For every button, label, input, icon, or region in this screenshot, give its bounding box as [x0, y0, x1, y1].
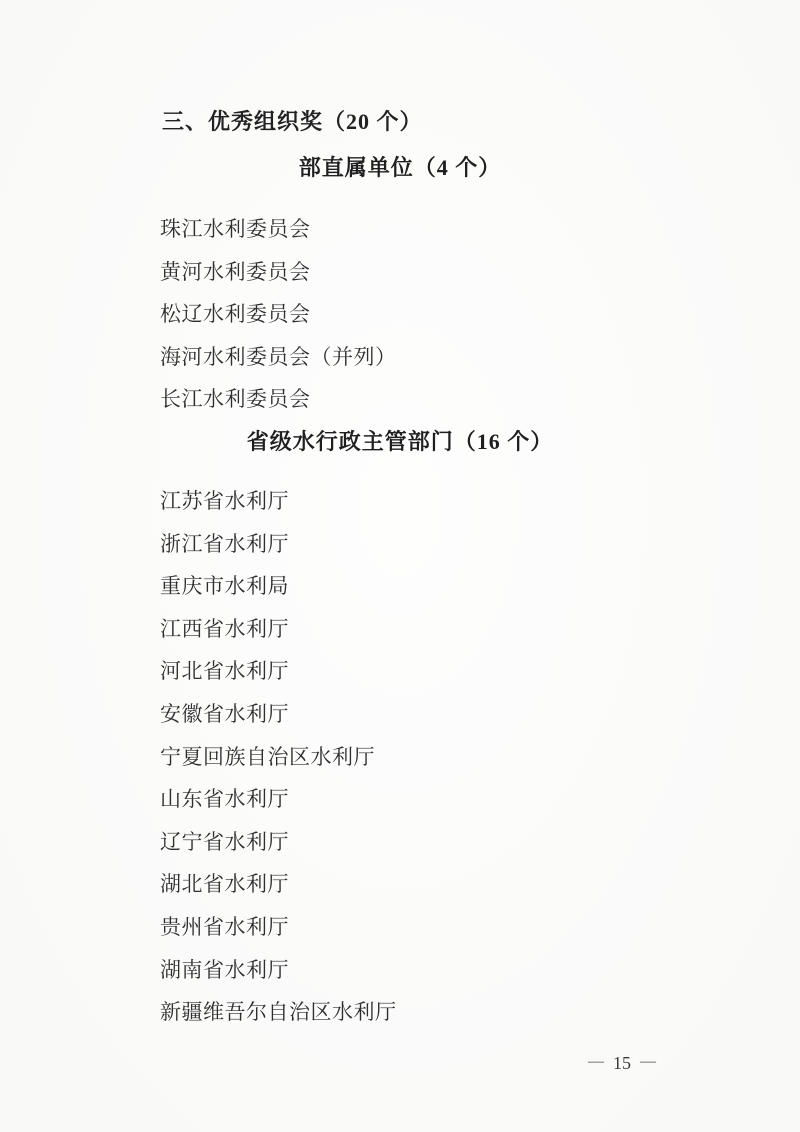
- list-item: 辽宁省水利厅: [160, 830, 397, 873]
- list-item: 新疆维吾尔自治区水利厅: [160, 1000, 397, 1043]
- list-item: 松辽水利委员会: [160, 302, 397, 345]
- list-item: 湖南省水利厅: [160, 958, 397, 1001]
- list-item: 安徽省水利厅: [160, 702, 397, 745]
- list-item: 珠江水利委员会: [160, 217, 397, 260]
- list-item: 浙江省水利厅: [160, 532, 397, 575]
- page-number: — 15 —: [588, 1052, 656, 1074]
- page-number-value: 15: [613, 1052, 631, 1074]
- section-title-provincial-departments: 省级水行政主管部门（16 个）: [0, 429, 800, 455]
- list-item: 江西省水利厅: [160, 617, 397, 660]
- section-title-ministry-units: 部直属单位（4 个）: [0, 155, 800, 181]
- page-title: 三、优秀组织奖（20 个）: [162, 109, 423, 135]
- list-item: 湖北省水利厅: [160, 872, 397, 915]
- list-item: 海河水利委员会（并列）: [160, 345, 397, 388]
- list-item: 贵州省水利厅: [160, 915, 397, 958]
- scanned-document-page: 三、优秀组织奖（20 个） 部直属单位（4 个） 珠江水利委员会黄河水利委员会松…: [0, 0, 800, 1132]
- list-item: 黄河水利委员会: [160, 260, 397, 303]
- list-item: 长江水利委员会: [160, 387, 397, 430]
- list-item: 河北省水利厅: [160, 659, 397, 702]
- list-item: 宁夏回族自治区水利厅: [160, 745, 397, 788]
- list-item: 重庆市水利局: [160, 574, 397, 617]
- list-item: 江苏省水利厅: [160, 489, 397, 532]
- page-number-left-dash: —: [588, 1051, 604, 1073]
- ministry-units-list: 珠江水利委员会黄河水利委员会松辽水利委员会海河水利委员会（并列）长江水利委员会: [160, 217, 397, 430]
- provincial-departments-list: 江苏省水利厅浙江省水利厅重庆市水利局江西省水利厅河北省水利厅安徽省水利厅宁夏回族…: [160, 489, 397, 1043]
- list-item: 山东省水利厅: [160, 787, 397, 830]
- page-number-right-dash: —: [640, 1051, 656, 1073]
